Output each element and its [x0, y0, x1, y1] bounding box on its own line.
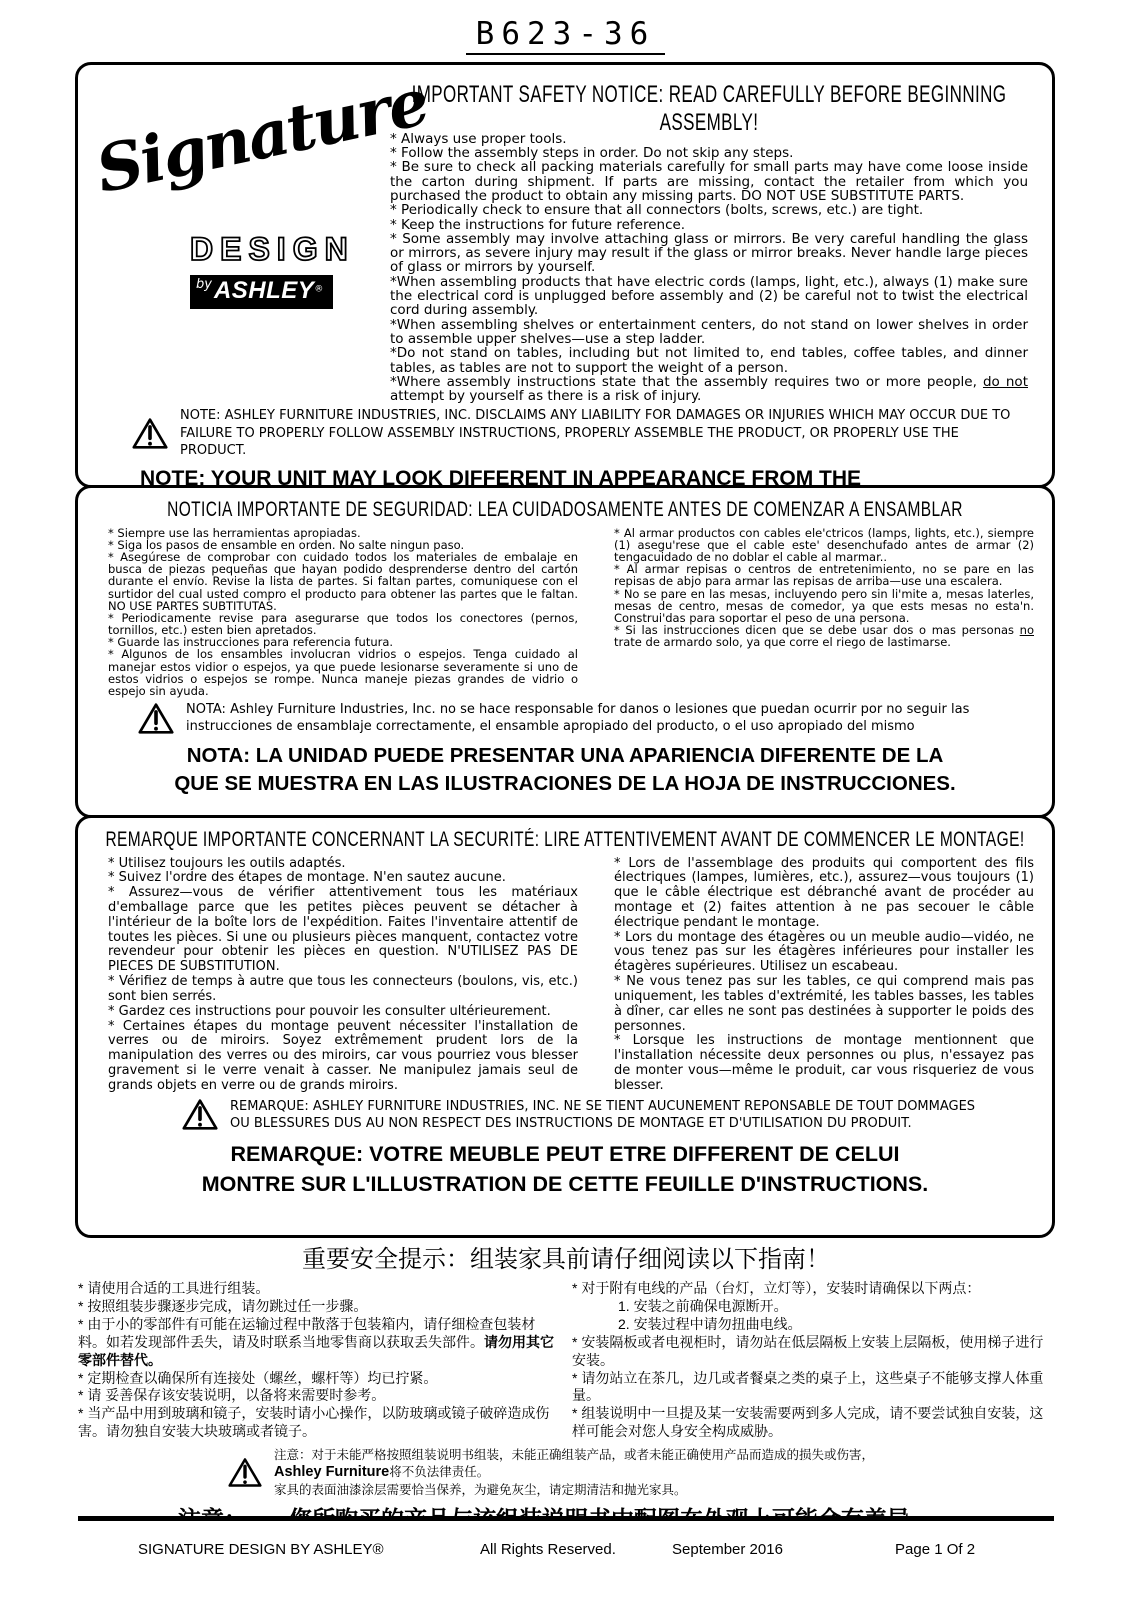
warning-triangle-icon — [132, 417, 168, 450]
note-text: 您所购买的产品与该组装说明书中配图在外观上可能会有差异。 — [289, 1506, 933, 1516]
ashley-furniture-latin: Ashley Furniture — [274, 1464, 389, 1480]
french-left-column: * Utilisez toujours les outils adaptés. … — [108, 857, 578, 1094]
logo-brand-text: ASHLEY — [214, 277, 314, 304]
french-safety-section: REMARQUE IMPORTANTE CONCERNANT LA SECURI… — [75, 815, 1055, 1238]
warning-triangle-icon — [228, 1457, 262, 1488]
english-top-row: Signature DESIGN byASHLEY® IMPORTANT SAF… — [78, 65, 1052, 403]
bullet-item: * Periodically check to ensure that all … — [390, 203, 1028, 217]
bullet-item: * Assurez—vous de vérifier attentivement… — [108, 886, 578, 975]
bullet-item: * 安装隔板或者电视柜时，请勿站在低层隔板上安装上层隔板，使用梯子进行安装。 — [572, 1334, 1054, 1370]
warning-triangle-icon — [138, 702, 174, 735]
bullet-item: * 组装说明中一旦提及某一安装需要两到多人完成，请不要尝试独自安装，这样可能会对… — [572, 1405, 1054, 1441]
french-heading: REMARQUE IMPORTANTE CONCERNANT LA SECURI… — [78, 828, 1052, 854]
spanish-left-column: * Siempre use las herramientas apropiada… — [108, 527, 578, 698]
footer-rights: All Rights Reserved. — [480, 1541, 616, 1558]
bullet-text: * 由于小的零部件有可能在运输过程中散落于包装箱内，请仔细检查包装材料。如若发现… — [78, 1316, 535, 1350]
underlined-do-not: do not — [983, 374, 1028, 390]
bullet-item: * Lorsque les instructions de montage me… — [614, 1034, 1034, 1093]
chinese-columns: * 请使用合适的工具进行组装。 * 按照组装步骤逐步完成，请勿跳过任一步骤。 *… — [78, 1280, 1054, 1441]
spanish-columns: * Siempre use las herramientas apropiada… — [78, 527, 1052, 698]
french-liability-text: REMARQUE: ASHLEY FURNITURE INDUSTRIES, I… — [230, 1098, 992, 1132]
bullet-item: * Si las instrucciones dicen que se debe… — [614, 624, 1034, 648]
spanish-heading: NOTICIA IMPORTANTE DE SEGURIDAD: LEA CUI… — [78, 498, 1052, 524]
french-columns: * Utilisez toujours les outils adaptés. … — [78, 857, 1052, 1094]
bullet-item: * Algunos de los ensambles involucran vi… — [108, 648, 578, 697]
chinese-liability-text: 注意：对于未能严格按照组装说明书组装，未能正确组装产品，或者未能正确使用产品而造… — [274, 1447, 874, 1498]
bullet-item: * Asegúrese de comprobar con cuidado tod… — [108, 551, 578, 612]
spanish-liability-warning: NOTA: Ashley Furniture Industries, Inc. … — [138, 701, 1012, 735]
bullet-item: * 请 妥善保存该安装说明，以备将来需要时参考。 — [78, 1387, 556, 1405]
bullet-item: * 对于附有电线的产品（台灯，立灯等），安装时请确保以下两点： — [572, 1280, 1054, 1298]
model-number: B623-36 — [0, 16, 1131, 55]
english-bullet-list: * Always use proper tools. * Follow the … — [390, 132, 1028, 404]
bullet-item: * 请勿站立在茶几，边几或者餐桌之类的桌子上，这些桌子不能够支撑人体重量。 — [572, 1370, 1054, 1406]
logo-signature-script: Signature — [90, 65, 434, 208]
bullet-item: * Periodicamente revise para asegurarse … — [108, 612, 578, 636]
chinese-right-column: * 对于附有电线的产品（台灯，立灯等），安装时请确保以下两点： 1. 安装之前确… — [572, 1280, 1054, 1441]
footer-brand: SIGNATURE DESIGN BY ASHLEY® — [138, 1541, 384, 1558]
bullet-item: * Certaines étapes du montage peuvent né… — [108, 1020, 578, 1094]
bullet-item: * Ne vous tenez pas sur les tables, ce q… — [614, 975, 1034, 1034]
bullet-item: *When assembling products that have elec… — [390, 275, 1028, 318]
bullet-item: * 由于小的零部件有可能在运输过程中散落于包装箱内，请仔细检查包装材料。如若发现… — [78, 1316, 556, 1370]
logo-ashley-badge: byASHLEY® — [190, 275, 333, 309]
french-liability-warning: REMARQUE: ASHLEY FURNITURE INDUSTRIES, I… — [182, 1098, 992, 1132]
bullet-item: * Lors du montage des étagères ou un meu… — [614, 931, 1034, 975]
bullet-item: * Vérifiez de temps à autre que tous les… — [108, 975, 578, 1005]
logo-design-text: DESIGN — [190, 231, 355, 268]
warning-triangle-icon — [182, 1098, 218, 1131]
spanish-liability-text: NOTA: Ashley Furniture Industries, Inc. … — [186, 701, 1012, 735]
note-line: NOTA: LA UNIDAD PUEDE PRESENTAR UNA APAR… — [78, 742, 1052, 770]
bullet-item: * Keep the instructions for future refer… — [390, 218, 1028, 232]
bottom-divider-rule — [78, 1516, 1054, 1521]
bullet-item: * 按照组装步骤逐步完成，请勿跳过任一步骤。 — [78, 1298, 556, 1316]
bullet-text: trate de armardo solo, ya que corre el r… — [614, 635, 951, 649]
bullet-item: * Lors de l'assemblage des produits qui … — [614, 857, 1034, 931]
warning-text: 将不负法律责任。 — [389, 1465, 489, 1479]
chinese-liability-warning: 注意：对于未能严格按照组装说明书组装，未能正确组装产品，或者未能正确使用产品而造… — [228, 1447, 988, 1498]
french-right-column: * Lors de l'assemblage des produits qui … — [614, 857, 1034, 1094]
spanish-right-column: * Al armar productos con cables ele'ctri… — [614, 527, 1034, 698]
signature-design-ashley-logo: Signature DESIGN byASHLEY® — [98, 79, 390, 379]
chinese-safety-section: 重要安全提示：组装家具前请仔细阅读以下指南！ * 请使用合适的工具进行组装。 *… — [78, 1239, 1054, 1516]
english-text-column: IMPORTANT SAFETY NOTICE: READ CAREFULLY … — [390, 79, 1028, 403]
english-liability-warning: NOTE: ASHLEY FURNITURE INDUSTRIES, INC. … — [132, 407, 1016, 458]
chinese-heading: 重要安全提示：组装家具前请仔细阅读以下指南！ — [78, 1239, 1054, 1274]
french-appearance-note: REMARQUE: VOTRE MEUBLE PEUT ETRE DIFFERE… — [78, 1140, 1052, 1199]
warning-line: 家具的表面油漆涂层需要恰当保养，为避免灰尘，请定期清洁和抛光家具。 — [274, 1482, 874, 1498]
bullet-item: *When assembling shelves or entertainmen… — [390, 318, 1028, 347]
bullet-item: * Utilisez toujours les outils adaptés. — [108, 857, 578, 872]
numbered-sub-item: 2. 安装过程中请勿扭曲电线。 — [572, 1316, 1054, 1334]
chinese-appearance-note: 注意：您所购买的产品与该组装说明书中配图在外观上可能会有差异。 — [178, 1501, 1054, 1516]
spanish-safety-section: NOTICIA IMPORTANTE DE SEGURIDAD: LEA CUI… — [75, 485, 1055, 818]
numbered-sub-item: 1. 安装之前确保电源断开。 — [572, 1298, 1054, 1316]
bullet-item: * Siempre use las herramientas apropiada… — [108, 527, 578, 539]
bullet-item: * Gardez ces instructions pour pouvoir l… — [108, 1005, 578, 1020]
footer-page-number: Page 1 Of 2 — [895, 1541, 975, 1558]
footer-date: September 2016 — [672, 1541, 783, 1558]
logo-by-text: by — [196, 277, 212, 292]
bullet-item: * Al armar productos con cables ele'ctri… — [614, 527, 1034, 564]
warning-line: Ashley Furniture将不负法律责任。 — [274, 1463, 874, 1482]
english-liability-text: NOTE: ASHLEY FURNITURE INDUSTRIES, INC. … — [180, 407, 1016, 458]
english-heading: IMPORTANT SAFETY NOTICE: READ CAREFULLY … — [390, 81, 1028, 138]
note-prefix: 注意： — [178, 1506, 247, 1516]
warning-line: 注意：对于未能严格按照组装说明书组装，未能正确组装产品，或者未能正确使用产品而造… — [274, 1447, 874, 1463]
bullet-item: * Suivez l'ordre des étapes de montage. … — [108, 871, 578, 886]
note-line: REMARQUE: VOTRE MEUBLE PEUT ETRE DIFFERE… — [78, 1140, 1052, 1170]
bullet-item: * 定期检查以确保所有连接处（螺丝，螺杆等）均已拧紧。 — [78, 1370, 556, 1388]
bullet-item: * Some assembly may involve attaching gl… — [390, 232, 1028, 275]
bullet-item: * Follow the assembly steps in order. Do… — [390, 146, 1028, 160]
bullet-item: * No se pare en las mesas, incluyendo pe… — [614, 588, 1034, 625]
bullet-text: attempt by yourself as there is a risk o… — [390, 388, 701, 404]
model-number-text: B623-36 — [466, 16, 666, 55]
chinese-left-column: * 请使用合适的工具进行组装。 * 按照组装步骤逐步完成，请勿跳过任一步骤。 *… — [78, 1280, 556, 1441]
english-safety-section: Signature DESIGN byASHLEY® IMPORTANT SAF… — [75, 62, 1055, 488]
note-line: QUE SE MUESTRA EN LAS ILUSTRACIONES DE L… — [78, 770, 1052, 798]
bullet-item: *Where assembly instructions state that … — [390, 375, 1028, 404]
note-line: MONTRE SUR L'ILLUSTRATION DE CETTE FEUIL… — [78, 1170, 1052, 1200]
bullet-item: * 当产品中用到玻璃和镜子，安装时请小心操作，以防玻璃或镜子破碎造成伤害。请勿独… — [78, 1405, 556, 1441]
bullet-item: *Do not stand on tables, including but n… — [390, 346, 1028, 375]
registered-mark-icon: ® — [314, 285, 323, 295]
bullet-item: * Al armar repisas o centros de entreten… — [614, 563, 1034, 587]
bullet-item: * Be sure to check all packing materials… — [390, 160, 1028, 203]
bullet-item: * 请使用合适的工具进行组装。 — [78, 1280, 556, 1298]
spanish-appearance-note: NOTA: LA UNIDAD PUEDE PRESENTAR UNA APAR… — [78, 742, 1052, 799]
underlined-no: no — [1020, 623, 1034, 637]
